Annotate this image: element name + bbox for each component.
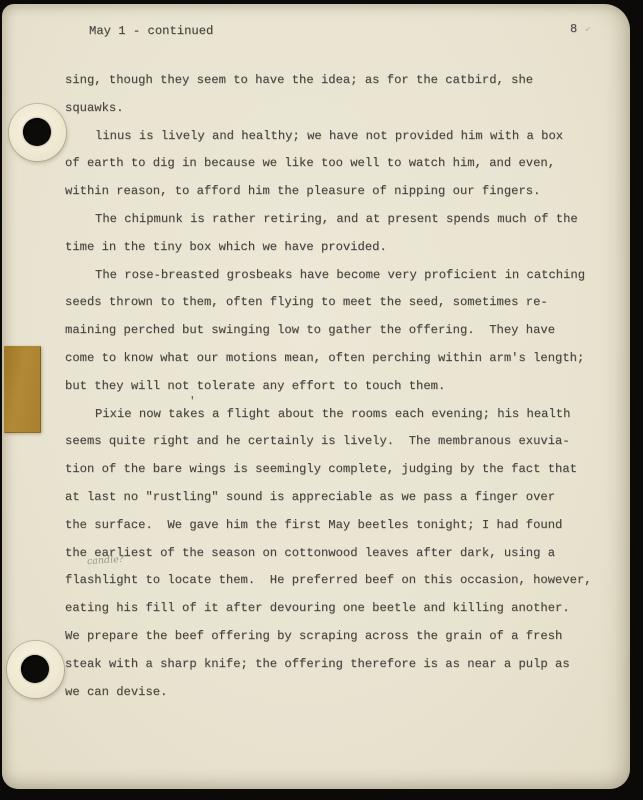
text-line: Pixie now takes a flight about the rooms… [65,401,610,429]
text-line: eating his fill of it after devouring on… [65,595,610,623]
text-line: tion of the bare wings is seemingly comp… [65,456,610,484]
text-line: we can devise. [65,679,610,707]
text-line: linus is lively and healthy; we have not… [65,123,610,151]
text-line: the earliest of the season on cottonwood… [65,540,610,568]
text-line: seems quite right and he certainly is li… [65,428,610,456]
text-line: but they will not tolerate any effort to… [65,373,610,401]
text-line: time in the tiny box which we have provi… [65,234,610,262]
punch-hole-top [9,104,66,161]
pencil-checkmark: ✓ [584,25,591,36]
text-line: seeds thrown to them, often flying to me… [65,289,610,317]
text-line: at last no "rustling" sound is appreciab… [65,484,610,512]
text-line: flashlight to locate them. He preferred … [65,567,610,595]
punch-hole-bottom [7,641,64,698]
text-line: of earth to dig in because we like too w… [65,150,610,178]
text-line: The chipmunk is rather retiring, and at … [65,206,610,234]
text-line: sing, though they seem to have the idea;… [65,67,610,95]
text-line: come to know what our motions mean, ofte… [65,345,610,373]
journal-text: sing, though they seem to have the idea;… [65,67,610,706]
text-line: maining perched but swinging low to gath… [65,317,610,345]
stray-typed-apostrophe: ' [189,396,196,408]
punch-hole-top-opening [23,118,51,146]
text-line: steak with a sharp knife; the offering t… [65,651,610,679]
page-heading-date: May 1 - continued [89,24,213,38]
punch-hole-bottom-opening [21,655,49,683]
tape-fragment [4,346,41,433]
text-line: We prepare the beef offering by scraping… [65,623,610,651]
page-number: 8 [570,22,577,36]
journal-page: May 1 - continued 8 ✓ sing, though they … [2,4,630,789]
text-line: squawks. [65,95,610,123]
text-line: within reason, to afford him the pleasur… [65,178,610,206]
text-line: the surface. We gave him the first May b… [65,512,610,540]
text-line: The rose-breasted grosbeaks have become … [65,262,610,290]
